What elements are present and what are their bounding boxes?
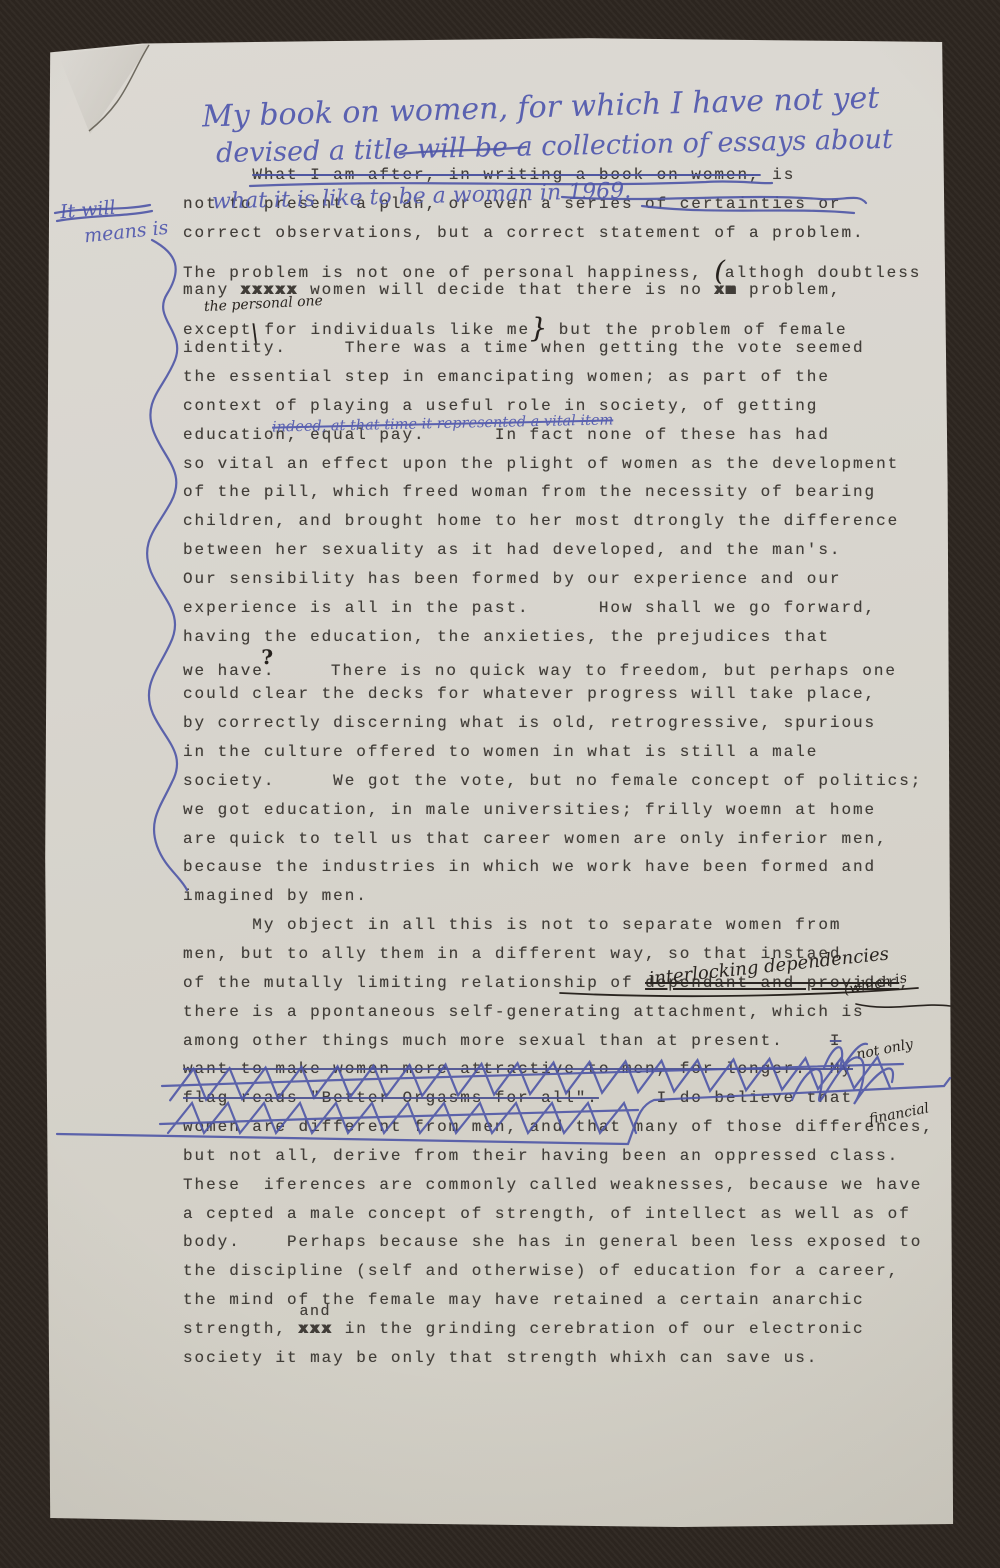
typed-line-11: so vital an effect upon the plight of wo… [183,455,899,473]
typed-segment: My object in all this is not to separate… [183,916,841,934]
typed-line-42: society it may be only that strength whi… [183,1349,818,1367]
typed-line-18: we have.? There is no quick way to freed… [183,656,897,680]
typed-line-27: My object in all this is not to separate… [183,916,841,934]
typed-line-21: in the culture offered to women in what … [183,743,818,761]
typed-segment: but not all, derive from their having be… [183,1147,899,1165]
typed-segment: Our sensibility has been formed by our e… [183,570,841,588]
typed-segment: is [761,166,796,184]
typed-line-6: except\for individuals like me} but the … [183,310,848,341]
typed-line-25: because the industries in which we work … [183,858,876,876]
typed-segment: The problem is not one of personal happi… [183,264,714,282]
typed-line-24: are quick to tell us that career women a… [183,830,888,848]
typed-segment: xm [714,281,737,299]
typed-segment: There is no quick way to freedom, but pe… [273,662,897,680]
typed-line-33: flag reads "Better Orgasms for all". I d… [183,1089,853,1107]
typed-segment: are quick to tell us that career women a… [183,830,888,848]
typed-segment: so vital an effect upon the plight of wo… [183,455,899,473]
typed-segment: the mind of the female may have retained… [183,1291,865,1309]
typed-segment: want to make women more attractive to me… [183,1060,853,1078]
typed-segment: society it may be only that strength whi… [183,1349,818,1367]
typed-segment: could clear the decks for whatever progr… [183,685,876,703]
typed-segment: children, and brought home to her most d… [183,512,899,530]
typed-line-15: Our sensibility has been formed by our e… [183,570,841,588]
typed-segment: having the education, the anxieties, the… [183,628,830,646]
typed-struck-text: xxx [299,1320,334,1338]
typed-line-38: body. Perhaps because she has in general… [183,1233,922,1251]
typed-segment: imagined by men. [183,887,368,905]
typed-segment: because the industries in which we work … [183,858,876,876]
typed-line-31: among other things much more sexual than… [183,1032,841,1050]
typed-segment: ? [261,645,273,669]
typed-line-41: strength, andxxx in the grinding cerebra… [183,1320,865,1338]
typed-segment: in the culture offered to women in what … [183,743,818,761]
typed-insert-stack: andxxx [299,1320,334,1338]
typed-insert-above: and [300,1303,332,1320]
typed-line-3: correct observations, but a correct stat… [183,224,865,242]
typed-line-17: having the education, the anxieties, the… [183,628,830,646]
typed-line-13: children, and brought home to her most d… [183,512,899,530]
typed-line-35: but not all, derive from their having be… [183,1147,899,1165]
typed-segment: we got education, in male universities; … [183,801,876,819]
typed-segment: by correctly discerning what is old, ret… [183,714,876,732]
typed-segment: identity. There was a time when getting … [183,339,865,357]
typed-segment: althogh doubtless [725,264,921,282]
typed-line-36: These iferences are commonly called weak… [183,1176,922,1194]
typed-segment: but the problem of female [547,321,847,339]
typed-segment: I do believe that [599,1089,853,1107]
typed-line-19: could clear the decks for whatever progr… [183,685,876,703]
typed-line-30: there is a ppontaneous self-generating a… [183,1003,865,1021]
typed-segment: problem, [738,281,842,299]
typed-line-14: between her sexuality as it had develope… [183,541,841,559]
typed-segment: society. We got the vote, but no female … [183,772,922,790]
margin-right-line3: financial [867,1097,934,1131]
typed-line-39: the discipline (self and otherwise) of e… [183,1262,899,1280]
typed-segment: except [183,321,252,339]
typed-segment: of the mutally limiting relationship of [183,974,645,992]
typed-line-37: a cepted a male concept of strength, of … [183,1205,911,1223]
typed-line-7: identity. There was a time when getting … [183,339,865,357]
typed-line-29: of the mutally limiting relationship of … [183,974,911,992]
typed-segment: strength, [183,1320,299,1338]
typed-segment: context of playing a useful role in soci… [183,397,818,415]
typed-line-12: of the pill, which freed woman from the … [183,483,876,501]
typed-segment: a cepted a male concept of strength, of … [183,1205,911,1223]
typed-segment: in the grinding cerebration of our elect… [333,1320,864,1338]
typed-line-22: society. We got the vote, but no female … [183,772,922,790]
typed-segment: I [830,1032,842,1050]
typed-segment: for individuals like me [264,321,530,339]
typed-segment: the discipline (self and otherwise) of e… [183,1262,899,1280]
typed-line-26: imagined by men. [183,887,368,905]
typed-line-23: we got education, in male universities; … [183,801,876,819]
typed-line-16: experience is all in the past. How shall… [183,599,876,617]
typed-segment: women are different from men, and that m… [183,1118,934,1136]
typed-segment: body. Perhaps because she has in general… [183,1233,922,1251]
margin-right-line1: (which is [842,967,909,1001]
page-background: What I am after, in writing a book on wo… [0,0,1000,1568]
typed-segment: among other things much more sexual than… [183,1032,830,1050]
typed-segment: flag reads "Better Orgasms for all". [183,1089,599,1107]
typed-line-40: the mind of the female may have retained… [183,1291,865,1309]
typed-segment: These iferences are commonly called weak… [183,1176,922,1194]
typed-segment: between her sexuality as it had develope… [183,541,841,559]
typed-line-9: context of playing a useful role in soci… [183,397,818,415]
typed-line-34: women are different from men, and that m… [183,1118,934,1136]
typed-segment: experience is all in the past. How shall… [183,599,876,617]
typed-segment: there is a ppontaneous self-generating a… [183,1003,865,1021]
margin-right-line2: not only [854,1032,921,1066]
typed-line-4: The problem is not one of personal happi… [183,253,921,284]
typed-segment: the essential step in emancipating women… [183,368,830,386]
typed-segment: of the pill, which freed woman from the … [183,483,876,501]
typed-line-20: by correctly discerning what is old, ret… [183,714,876,732]
typed-segment: correct observations, but a correct stat… [183,224,865,242]
typed-line-8: the essential step in emancipating women… [183,368,830,386]
typed-line-32: want to make women more attractive to me… [183,1060,853,1078]
typed-segment: women will decide that there is no [299,281,715,299]
